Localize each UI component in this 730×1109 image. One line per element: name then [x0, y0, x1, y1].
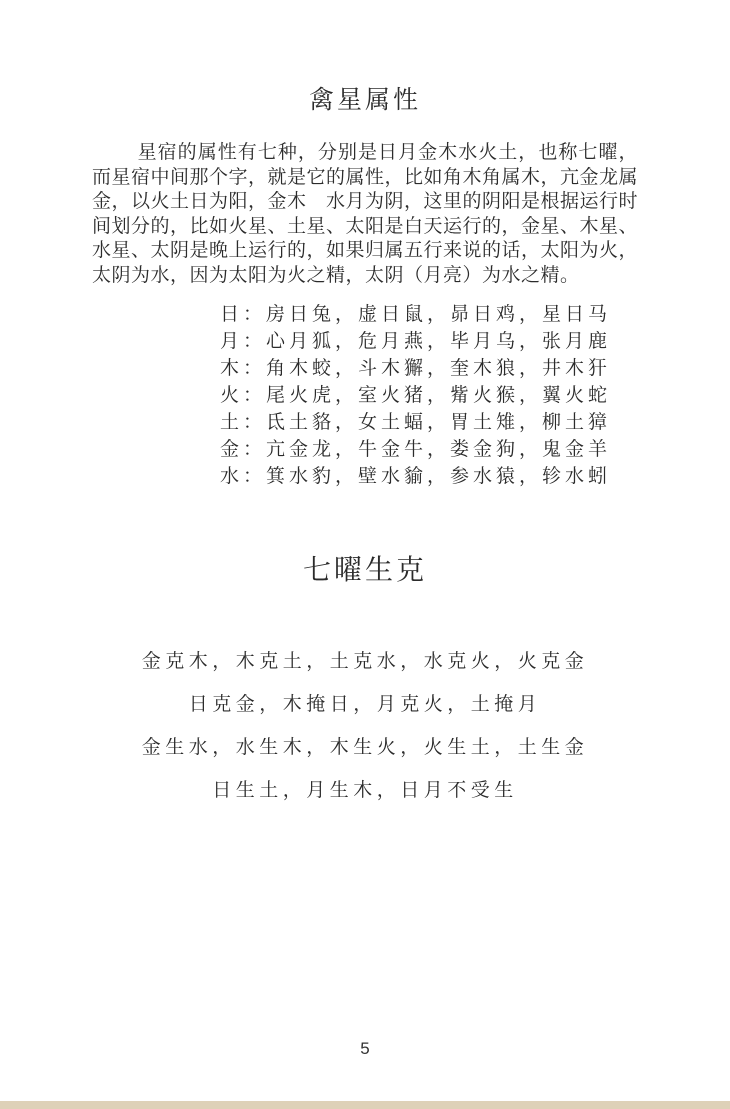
book-page: 禽星属性 星宿的属性有七种，分别是日月金木水火土，也称七曜，而星宿中间那个字，就…: [0, 0, 730, 1109]
star-line-earth: 土：氐土貉，女土蝠，胃土雉，柳土獐: [220, 409, 638, 436]
relation-line-overcoming: 金克木，木克土，土克水，水克火，火克金: [92, 640, 638, 683]
section-title-star-attributes: 禽星属性: [92, 0, 638, 116]
relation-line-sun-moon-generating: 日生土，月生木，日月不受生: [92, 769, 638, 812]
section-title-seven-luminaries: 七曜生克: [92, 490, 638, 588]
page-edge-strip: [0, 1101, 730, 1109]
star-line-water: 水：箕水豹，壁水貐，参水猿，轸水蚓: [220, 463, 638, 490]
star-line-wood: 木：角木蛟，斗木獬，奎木狼，井木犴: [220, 355, 638, 382]
star-attribute-list: 日：房日兔，虚日鼠，昴日鸡，星日马 月：心月狐，危月燕，毕月乌，张月鹿 木：角木…: [220, 301, 638, 490]
relation-line-generating: 金生水，水生木，木生火，火生土，土生金: [92, 726, 638, 769]
star-line-metal: 金：亢金龙，牛金牛，娄金狗，鬼金羊: [220, 436, 638, 463]
intro-paragraph: 星宿的属性有七种，分别是日月金木水火土，也称七曜，而星宿中间那个字，就是它的属性…: [92, 141, 638, 288]
star-line-moon: 月：心月狐，危月燕，毕月乌，张月鹿: [220, 328, 638, 355]
relation-line-sun-moon-overcoming: 日克金，木掩日，月克火，土掩月: [92, 683, 638, 726]
star-line-fire: 火：尾火虎，室火猪，觜火猴，翼火蛇: [220, 382, 638, 409]
relations-block: 金克木，木克土，土克水，水克火，火克金 日克金，木掩日，月克火，土掩月 金生水，…: [92, 640, 638, 812]
star-line-sun: 日：房日兔，虚日鼠，昴日鸡，星日马: [220, 301, 638, 328]
page-number: 5: [0, 1040, 730, 1057]
page-content: 禽星属性 星宿的属性有七种，分别是日月金木水火土，也称七曜，而星宿中间那个字，就…: [0, 0, 730, 812]
